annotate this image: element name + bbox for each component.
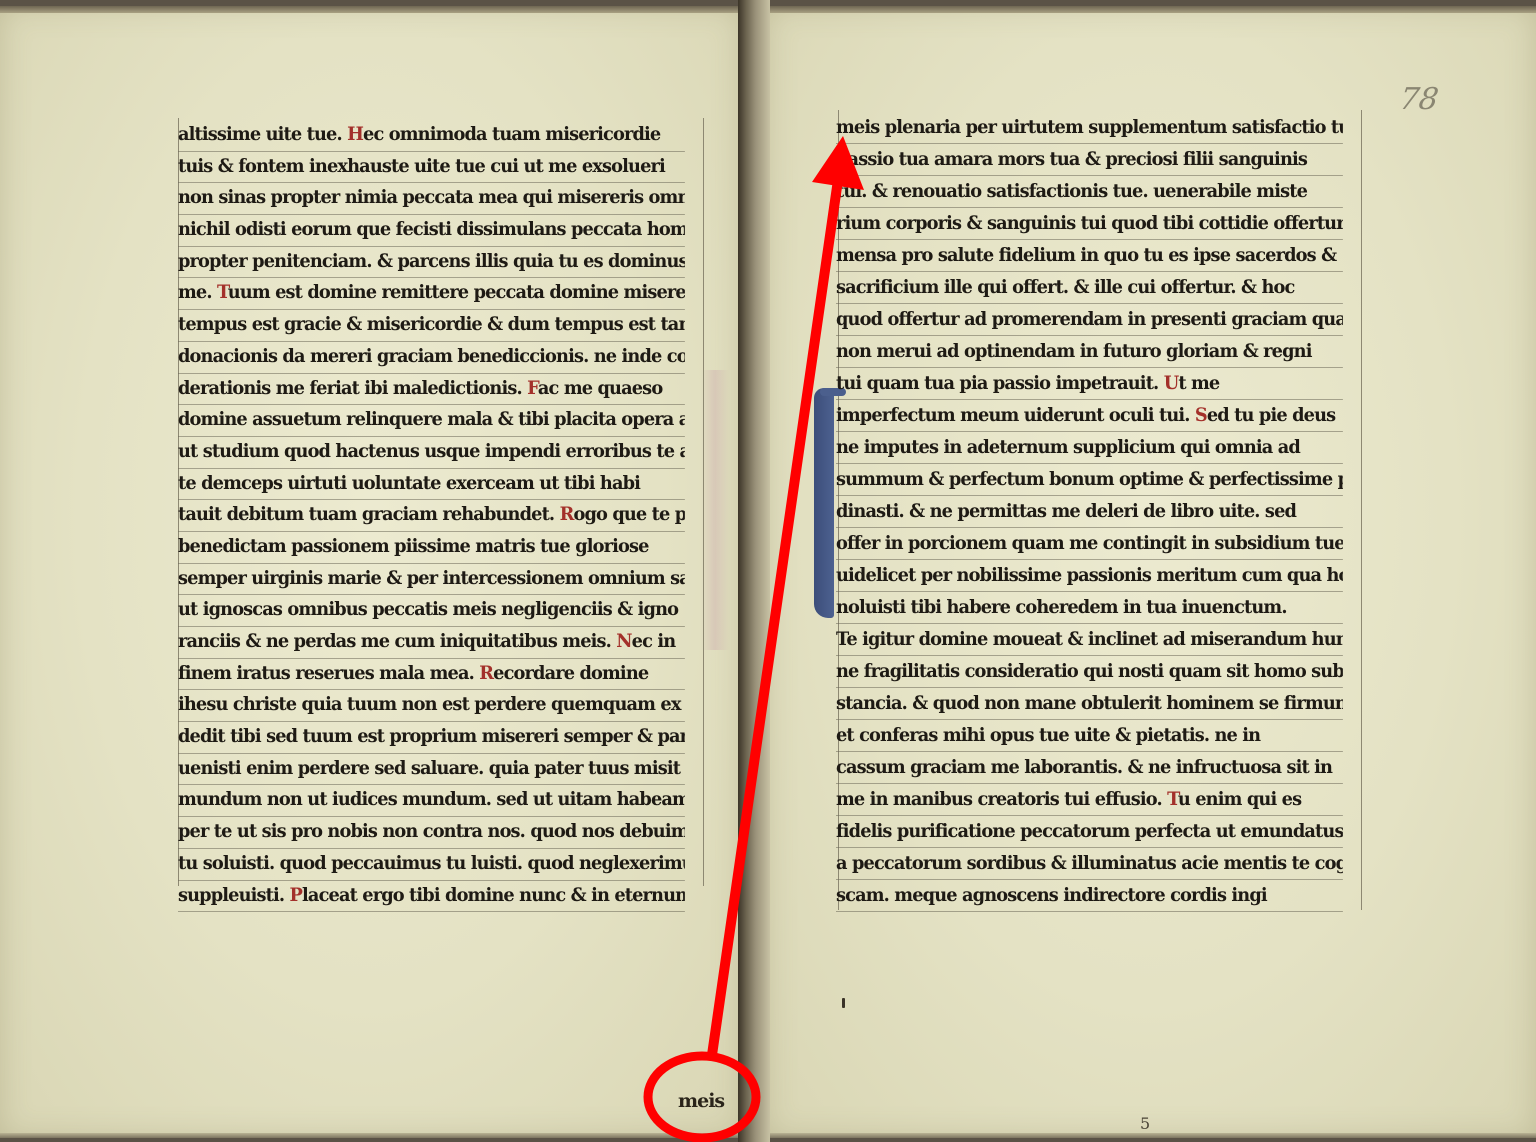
manuscript-line: meis plenaria per uirtutem supplementum …	[836, 112, 1343, 144]
page-top-edge	[766, 6, 1536, 13]
manuscript-line: mensa pro salute fidelium in quo tu es i…	[836, 240, 1343, 272]
manuscript-line: fidelis purificatione peccatorum perfect…	[836, 816, 1343, 848]
manuscript-line: tui quam tua pia passio impetrauit. Ut m…	[836, 368, 1343, 400]
manuscript-line: imperfectum meum uiderunt oculi tui. Sed…	[836, 400, 1343, 432]
left-text-block: altissime uite tue. Hec omnimoda tuam mi…	[178, 120, 706, 912]
manuscript-line: suppleuisti. Placeat ergo tibi domine nu…	[178, 881, 685, 913]
manuscript-line: te demceps uirtuti uoluntate exerceam ut…	[178, 469, 685, 501]
manuscript-line: tui. & renouatio satisfactionis tue. uen…	[836, 176, 1343, 208]
rubricated-initial: S	[1195, 405, 1207, 426]
manuscript-line: propter penitenciam. & parcens illis qui…	[178, 247, 685, 279]
rubricated-initial: U	[1164, 373, 1179, 394]
rubricated-initial: R	[560, 504, 574, 525]
manuscript-line: scam. meque agnoscens indirectore cordis…	[836, 880, 1343, 912]
manuscript-line: passio tua amara mors tua & preciosi fil…	[836, 144, 1343, 176]
manuscript-line: a peccatorum sordibus & illuminatus acie…	[836, 848, 1343, 880]
manuscript-line: derationis me feriat ibi maledictionis. …	[178, 374, 685, 406]
page-bottom-edge	[766, 1133, 1536, 1138]
right-text-block: meis plenaria per uirtutem supplementum …	[836, 112, 1364, 912]
binding-gutter	[738, 0, 770, 1142]
manuscript-line: benedictam passionem piissime matris tue…	[178, 532, 685, 564]
manuscript-line: altissime uite tue. Hec omnimoda tuam mi…	[178, 120, 685, 152]
rubricated-initial: H	[347, 124, 363, 145]
manuscript-line: semper uirginis marie & per intercession…	[178, 564, 685, 596]
manuscript-line: dedit tibi sed tuum est proprium miserer…	[178, 722, 685, 754]
manuscript-line: me. Tuum est domine remittere peccata do…	[178, 278, 685, 310]
manuscript-line: summum & perfectum bonum optime & perfec…	[836, 464, 1343, 496]
manuscript-line: sacrificium ille qui offert. & ille cui …	[836, 272, 1343, 304]
folio-number: 78	[1398, 82, 1441, 117]
manuscript-line: ne imputes in adeternum supplicium qui o…	[836, 432, 1343, 464]
rubricated-initial: N	[616, 631, 631, 652]
manuscript-line: per te ut sis pro nobis non contra nos. …	[178, 817, 685, 849]
manuscript-line: domine assuetum relinquere mala & tibi p…	[178, 405, 685, 437]
manuscript-line: stancia. & quod non mane obtulerit homin…	[836, 688, 1343, 720]
manuscript-line: cassum graciam me laborantis. & ne infru…	[836, 752, 1343, 784]
ink-mark	[842, 998, 845, 1008]
manuscript-line: dinasti. & ne permittas me deleri de lib…	[836, 496, 1343, 528]
manuscript-spread: altissime uite tue. Hec omnimoda tuam mi…	[0, 0, 1536, 1142]
rubricated-initial: P	[290, 885, 302, 906]
quire-signature-mark: 5	[1140, 1114, 1150, 1133]
manuscript-line: noluisti tibi habere coheredem in tua in…	[836, 592, 1343, 624]
manuscript-line: finem iratus reserues mala mea. Recordar…	[178, 659, 685, 691]
manuscript-line: ranciis & ne perdas me cum iniquitatibus…	[178, 627, 685, 659]
manuscript-line: non merui ad optinendam in futuro gloria…	[836, 336, 1343, 368]
catchword: meis	[678, 1090, 724, 1112]
manuscript-line: non sinas propter nimia peccata mea qui …	[178, 183, 685, 215]
rubricated-initial: T	[217, 282, 228, 303]
manuscript-line: donacionis da mereri graciam benediccion…	[178, 342, 685, 374]
manuscript-line: tauit debitum tuam graciam rehabundet. R…	[178, 500, 685, 532]
manuscript-line: tempus est gracie & misericordie & dum t…	[178, 310, 685, 342]
manuscript-line: mundum non ut iudices mundum. sed ut uit…	[178, 785, 685, 817]
blue-initial-letter	[814, 388, 834, 618]
manuscript-line: me in manibus creatoris tui effusio. Tu …	[836, 784, 1343, 816]
manuscript-line: nichil odisti eorum que fecisti dissimul…	[178, 215, 685, 247]
page-top-edge	[0, 6, 742, 13]
manuscript-line: ut ignoscas omnibus peccatis meis neglig…	[178, 595, 685, 627]
manuscript-line: offer in porcionem quam me contingit in …	[836, 528, 1343, 560]
manuscript-line: Te igitur domine moueat & inclinet ad mi…	[836, 624, 1343, 656]
manuscript-line: ne fragilitatis consideratio qui nosti q…	[836, 656, 1343, 688]
page-bottom-edge	[0, 1133, 742, 1138]
manuscript-line: tuis & fontem inexhauste uite tue cui ut…	[178, 152, 685, 184]
manuscript-line: tu soluisti. quod peccauimus tu luisti. …	[178, 849, 685, 881]
manuscript-line: et conferas mihi opus tue uite & pietati…	[836, 720, 1343, 752]
manuscript-line: rium corporis & sanguinis tui quod tibi …	[836, 208, 1343, 240]
rubricated-initial: T	[1167, 789, 1178, 810]
rubricated-initial: F	[527, 378, 538, 399]
rubricated-initial: R	[479, 663, 493, 684]
manuscript-line: uidelicet per nobilissime passionis meri…	[836, 560, 1343, 592]
manuscript-line: ut studium quod hactenus usque impendi e…	[178, 437, 685, 469]
manuscript-line: uenisti enim perdere sed saluare. quia p…	[178, 754, 685, 786]
manuscript-line: ihesu christe quia tuum non est perdere …	[178, 690, 685, 722]
manuscript-line: quod offertur ad promerendam in presenti…	[836, 304, 1343, 336]
